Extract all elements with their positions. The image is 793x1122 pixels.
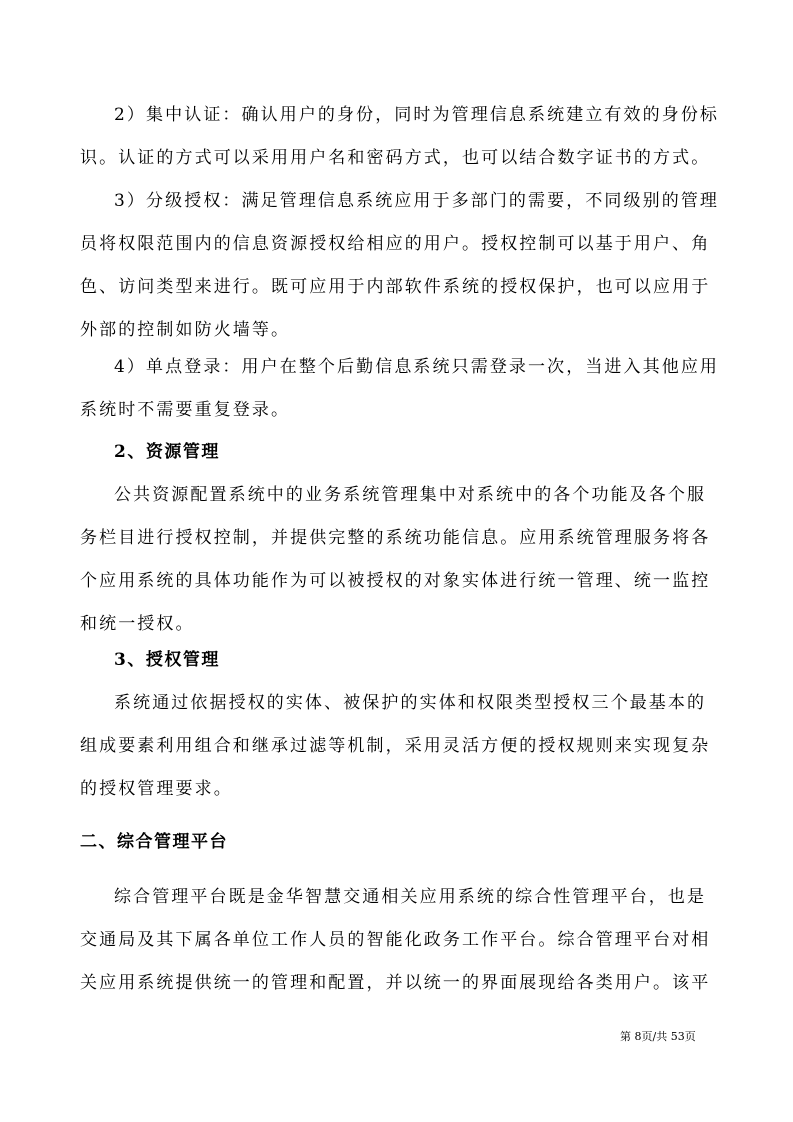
document-page: 2）集中认证：确认用户的身份，同时为管理信息系统建立有效的身份标 识。认证的方式… (0, 0, 793, 1122)
paragraph-line: 2）集中认证：确认用户的身份，同时为管理信息系统建立有效的身份标 (114, 105, 720, 125)
paragraph-line: 和统一授权。 (80, 614, 720, 634)
section-heading-authorization-management: 3、授权管理 (114, 650, 720, 670)
paragraph-line: 色、访问类型来进行。既可应用于内部软件系统的授权保护，也可以应用于 (80, 277, 720, 297)
paragraph-line: 组成要素利用组合和继承过滤等机制，采用灵活方便的授权规则来实现复杂 (80, 736, 720, 756)
paragraph-line: 外部的控制如防火墙等。 (80, 320, 720, 340)
paragraph-line: 务栏目进行授权控制，并提供完整的系统功能信息。应用系统管理服务将各 (80, 528, 720, 548)
paragraph-line: 综合管理平台既是金华智慧交通相关应用系统的综合性管理平台，也是 (114, 887, 720, 907)
paragraph-line: 关应用系统提供统一的管理和配置，并以统一的界面展现给各类用户。该平 (80, 973, 720, 993)
paragraph-line: 交通局及其下属各单位工作人员的智能化政务工作平台。综合管理平台对相 (80, 930, 720, 950)
paragraph-line: 个应用系统的具体功能作为可以被授权的对象实体进行统一管理、统一监控 (80, 571, 720, 591)
paragraph-line: 3）分级授权：满足管理信息系统应用于多部门的需要，不同级别的管理 (114, 191, 720, 211)
page-number-footer: 第 8页/共 53页 (620, 1028, 696, 1044)
section-heading-resource-management: 2、资源管理 (114, 442, 720, 462)
paragraph-line: 公共资源配置系统中的业务系统管理集中对系统中的各个功能及各个服 (114, 485, 720, 505)
paragraph-line: 员将权限范围内的信息资源授权给相应的用户。授权控制可以基于用户、角 (80, 234, 720, 254)
paragraph-line: 系统时不需要重复登录。 (80, 400, 720, 420)
paragraph-line: 4）单点登录：用户在整个后勤信息系统只需登录一次，当进入其他应用 (114, 357, 720, 377)
paragraph-line: 的授权管理要求。 (80, 779, 720, 799)
chapter-heading-integrated-management-platform: 二、综合管理平台 (80, 832, 720, 852)
paragraph-line: 系统通过依据授权的实体、被保护的实体和权限类型授权三个最基本的 (114, 693, 720, 713)
paragraph-line: 识。认证的方式可以采用用户名和密码方式，也可以结合数字证书的方式。 (80, 148, 720, 168)
